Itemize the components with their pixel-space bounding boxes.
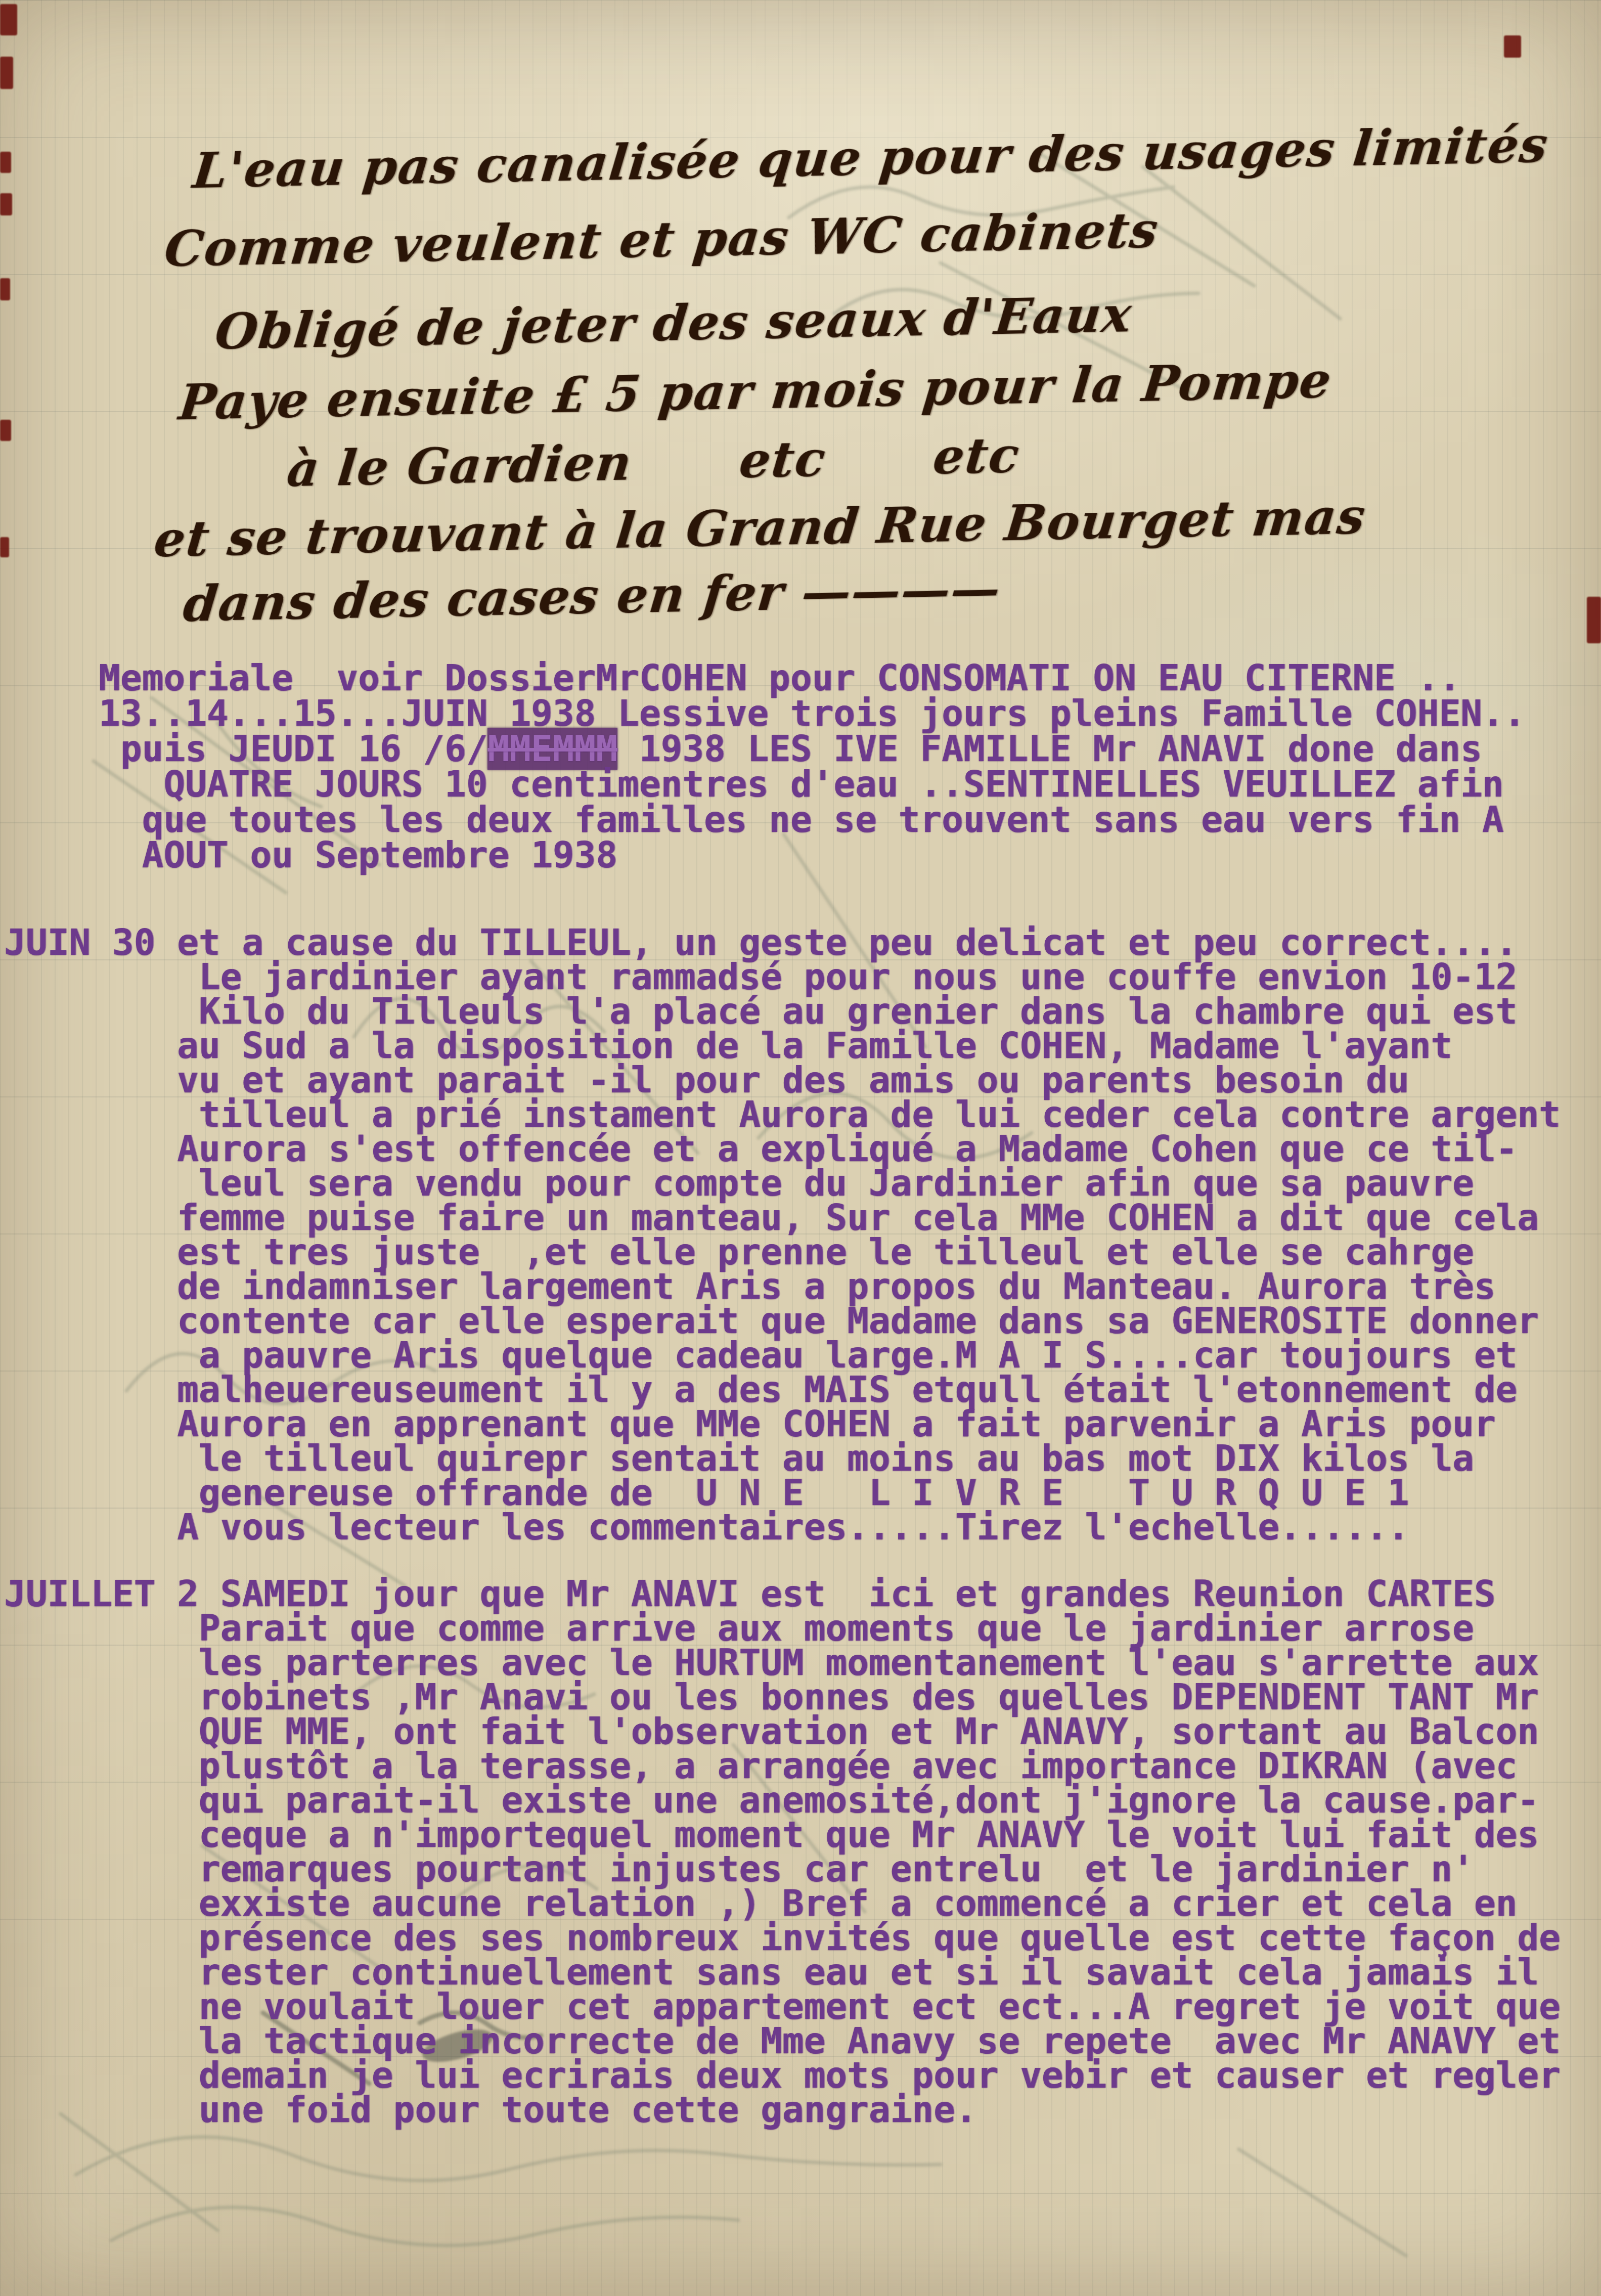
typed-line: au Sud a la disposition de la Famille CO…: [4, 1029, 1561, 1063]
typed-line: Kilo du Tilleuls l'a placé au grenier da…: [4, 994, 1561, 1029]
typed-line: Memoriale voir DossierMrCOHEN pour CONSO…: [99, 660, 1525, 696]
edge-mark: [0, 420, 11, 441]
typed-line: robinets ,Mr Anavi ou les bonnes des que…: [4, 1680, 1561, 1714]
edge-mark: [0, 4, 17, 35]
typed-line: Parait que comme arrive aux moments que …: [4, 1611, 1561, 1646]
typed-line: puis JEUDI 16 /6/MMEMMM 1938 LES IVE FAM…: [99, 731, 1525, 767]
edge-mark: [0, 278, 10, 300]
edge-mark: [0, 193, 12, 215]
typed-line: AOUT ou Septembre 1938: [99, 837, 1525, 873]
typed-line: est tres juste ,et elle prenne le tilleu…: [4, 1235, 1561, 1269]
memoriale-paragraph: Memoriale voir DossierMrCOHEN pour CONSO…: [99, 660, 1525, 873]
typed-line: que toutes les deux familles ne se trouv…: [99, 802, 1525, 837]
typed-line: tilleul a prié instament Aurora de lui c…: [4, 1097, 1561, 1132]
typed-line: QUATRE JOURS 10 centimentres d'eau ..SEN…: [99, 767, 1525, 802]
typed-line: leul sera vendu pour compte du Jardinier…: [4, 1166, 1561, 1201]
typed-line: vu et ayant parait -il pour des amis ou …: [4, 1063, 1561, 1097]
typed-line: ne voulait louer cet appartement ect ect…: [4, 1990, 1561, 2024]
typed-line: une foid pour toute cette gangraine.: [4, 2093, 1561, 2127]
juin30-paragraph: JUIN 30 et a cause du TILLEUL, un geste …: [4, 925, 1561, 1544]
typed-line: plustôt a la terasse, a arrangée avec im…: [4, 1749, 1561, 1783]
typed-line: qui parait-il existe une anemosité,dont …: [4, 1783, 1561, 1818]
typed-line: présence des ses nombreux invités que qu…: [4, 1921, 1561, 1955]
typed-line: ceque a n'importequel moment que Mr ANAV…: [4, 1818, 1561, 1852]
typed-line: 13..14...15...JUIN 1938 Lessive trois jo…: [99, 696, 1525, 731]
typed-line: malheuereuseument il y a des MAIS etqull…: [4, 1373, 1561, 1407]
typed-line: femme puise faire un manteau, Sur cela M…: [4, 1201, 1561, 1235]
edge-mark: [1504, 35, 1521, 58]
typed-line: Aurora s'est offencée et a expliqué a Ma…: [4, 1132, 1561, 1166]
typed-line: JUIN 30 et a cause du TILLEUL, un geste …: [4, 925, 1561, 960]
edge-mark: [0, 152, 11, 173]
edge-mark: [1587, 597, 1601, 643]
typed-line: A vous lecteur les commentaires.....Tire…: [4, 1510, 1561, 1544]
typed-line: remarques pourtant injustes car entrelu …: [4, 1852, 1561, 1886]
typed-line: Aurora en apprenant que MMe COHEN a fait…: [4, 1407, 1561, 1441]
typed-line: Le jardinier ayant rammadsé pour nous un…: [4, 960, 1561, 994]
typed-line: le tilleul quirepr sentait au moins au b…: [4, 1441, 1561, 1476]
edge-mark: [0, 537, 9, 557]
typed-line: JUILLET 2 SAMEDI jour que Mr ANAVI est i…: [4, 1577, 1561, 1611]
juillet2-paragraph: JUILLET 2 SAMEDI jour que Mr ANAVI est i…: [4, 1577, 1561, 2127]
typed-line: QUE MME, ont fait l'observation et Mr AN…: [4, 1714, 1561, 1749]
typed-line: contente car elle esperait que Madame da…: [4, 1304, 1561, 1338]
typed-line: a pauvre Aris quelque cadeau large.M A I…: [4, 1338, 1561, 1373]
edge-mark: [0, 57, 13, 89]
typed-line: rester continuellement sans eau et si il…: [4, 1955, 1561, 1990]
typed-line: les parterres avec le HURTUM momentaneme…: [4, 1646, 1561, 1680]
typed-line: genereuse offrande de U N E L I V R E T …: [4, 1476, 1561, 1510]
typed-line: de indamniser largement Aris a propos du…: [4, 1269, 1561, 1304]
typed-line: demain je lui ecrirais deux mots pour ve…: [4, 2058, 1561, 2093]
typed-line: exxiste aucune relation ,) Bref a commen…: [4, 1886, 1561, 1921]
typed-line: la tactique incorrecte de Mme Anavy se r…: [4, 2024, 1561, 2058]
